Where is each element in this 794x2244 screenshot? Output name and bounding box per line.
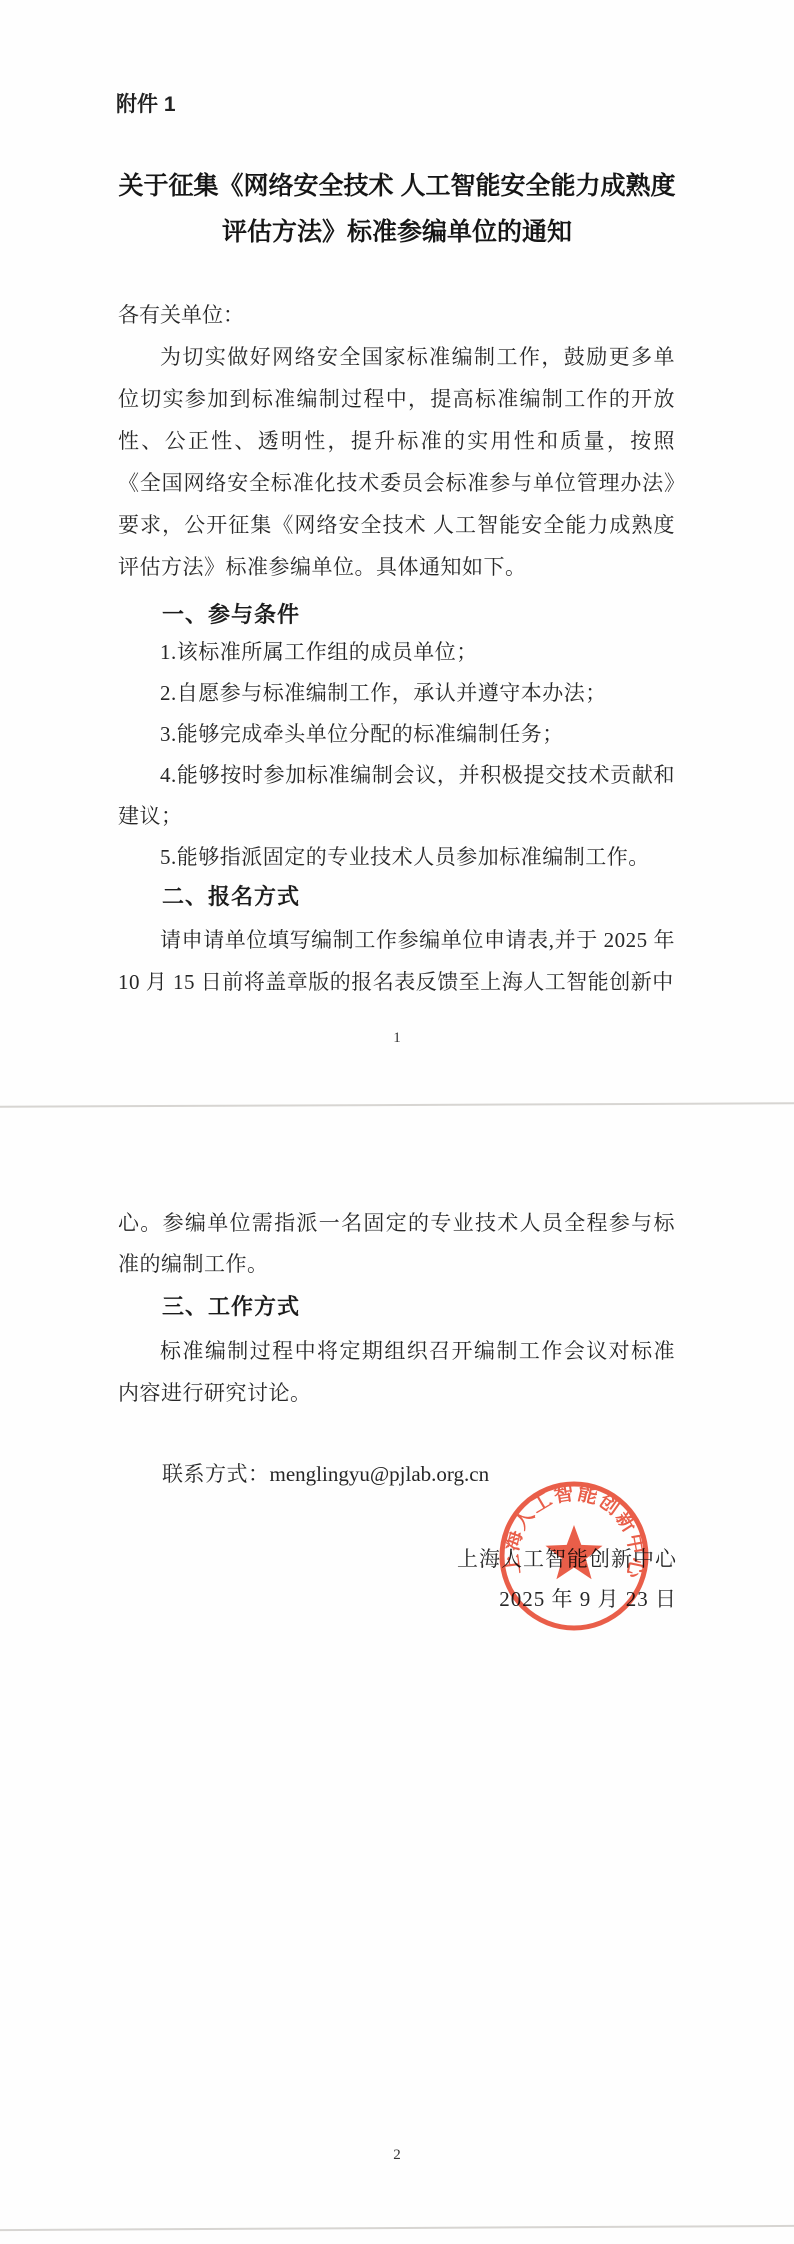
work-method-paragraph: 标准编制过程中将定期组织召开编制工作会议对标准内容进行研究讨论。 bbox=[118, 1330, 675, 1414]
star-icon bbox=[546, 1525, 603, 1579]
contact-line: 联系方式：menglingyu@pjlab.org.cn bbox=[162, 1459, 489, 1489]
page-number-2: 2 bbox=[0, 2147, 794, 2164]
section-heading-work-method: 三、工作方式 bbox=[162, 1293, 300, 1321]
official-seal: 上海人工智能创新中心 bbox=[494, 1476, 654, 1636]
scanned-document: 附件 1 关于征集《网络安全技术 人工智能安全能力成熟度 评估方法》标准参编单位… bbox=[0, 0, 794, 2244]
registration-paragraph-part2: 心。参编单位需指派一名固定的专业技术人员全程参与标准的编制工作。 bbox=[118, 1203, 675, 1285]
page-2: 心。参编单位需指派一名固定的专业技术人员全程参与标准的编制工作。 三、工作方式 … bbox=[0, 0, 794, 2244]
contact-label: 联系方式： bbox=[162, 1462, 270, 1486]
contact-email: menglingyu@pjlab.org.cn bbox=[270, 1462, 490, 1486]
